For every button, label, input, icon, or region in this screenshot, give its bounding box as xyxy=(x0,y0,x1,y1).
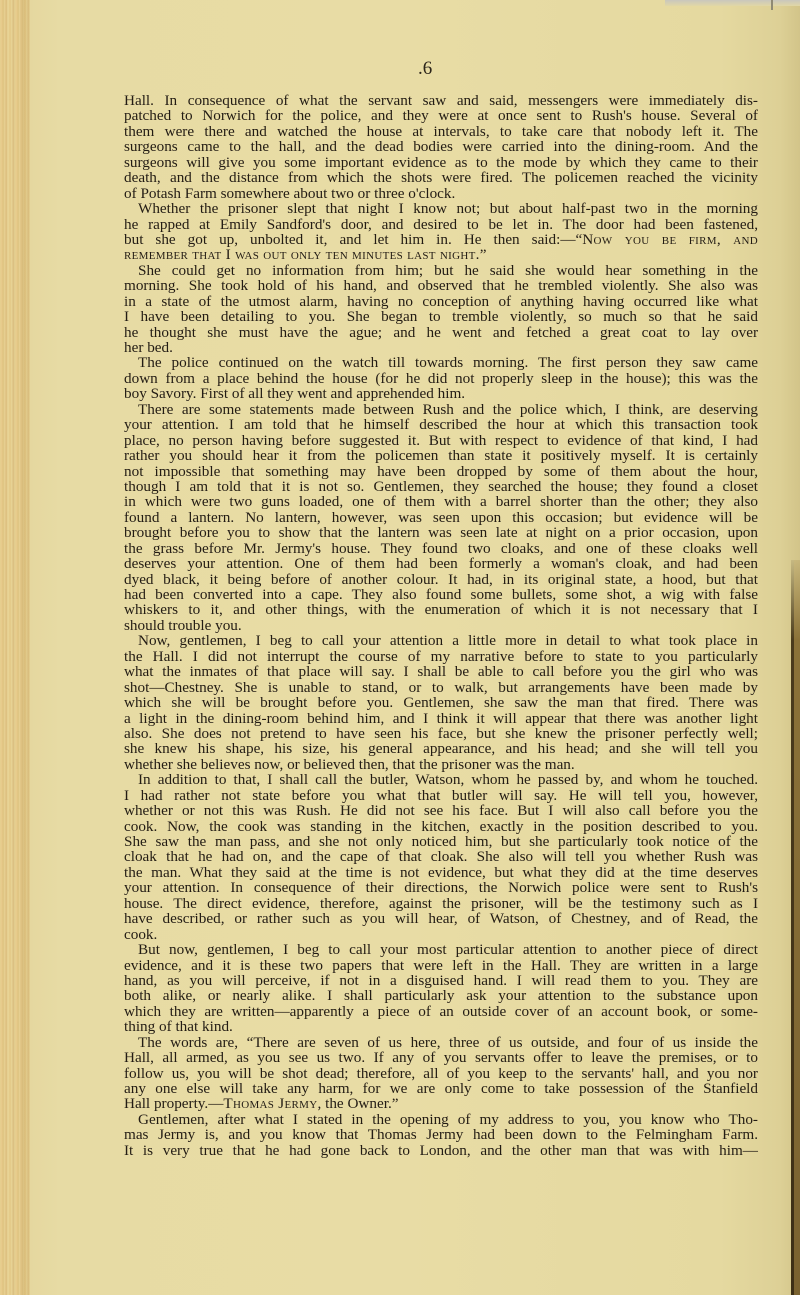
text-line: she knew his shape, his size, his genera… xyxy=(124,741,758,756)
text-line: patched to Norwich for the police, and t… xyxy=(124,108,758,123)
text-line: I had rather not state before you what t… xyxy=(124,788,758,803)
text-line: her bed. xyxy=(124,340,758,355)
text-line: have described, or rather such as you wi… xyxy=(124,911,758,926)
text-line: rather you should hear it from the polic… xyxy=(124,448,758,463)
text-line: your attention. In consequence of their … xyxy=(124,880,758,895)
text-line: them were there and watched the house at… xyxy=(124,124,758,139)
text-line: what the inmates of that place will say.… xyxy=(124,664,758,679)
text-line: though I am told that it is not so. Gent… xyxy=(124,479,758,494)
text-line: whether or not this was Rush. He did not… xyxy=(124,803,758,818)
text-line: he thought she must have the ague; and h… xyxy=(124,325,758,340)
text-line: shot—Chestney. She is unable to stand, o… xyxy=(124,680,758,695)
text-line: Hall. In consequence of what the servant… xyxy=(124,93,758,108)
text-line: whether she believes now, or believed th… xyxy=(124,757,758,772)
text-line: house. The direct evidence, therefore, a… xyxy=(124,896,758,911)
text-line: thing of that kind. xyxy=(124,1019,758,1034)
text-line: She saw the man pass, and she not only n… xyxy=(124,834,758,849)
text-line: Hall, all armed, as you see us two. If a… xyxy=(124,1050,758,1065)
text-line: also. She does not pretend to have seen … xyxy=(124,726,758,741)
text-line: evidence, and it is these two papers tha… xyxy=(124,958,758,973)
text-line: Now, gentlemen, I beg to call your atten… xyxy=(124,633,758,648)
text-line: cloak that he had on, and the cape of th… xyxy=(124,849,758,864)
scanned-page: .6 Hall. In consequence of what the serv… xyxy=(0,0,800,1295)
text-line: but she got up, unbolted it, and let him… xyxy=(124,232,758,247)
text-line: The police continued on the watch till t… xyxy=(124,355,758,370)
text-line: place, no person having before suggested… xyxy=(124,433,758,448)
top-page-edge xyxy=(665,0,800,6)
text-line: brought before you to show that the lant… xyxy=(124,525,758,540)
text-line: in which were two guns loaded, one of th… xyxy=(124,494,758,509)
text-line: dyed black, it being before of another c… xyxy=(124,572,758,587)
text-line: which she will be brought before you. Ge… xyxy=(124,695,758,710)
top-edge-mark xyxy=(771,0,773,10)
text-line: boy Savory. First of all they went and a… xyxy=(124,386,758,401)
text-line: It is very true that he had gone back to… xyxy=(124,1143,758,1158)
text-line: surgeons came to the hall, and the dead … xyxy=(124,139,758,154)
binding-shadow xyxy=(22,0,30,1295)
text-line: But now, gentlemen, I beg to call your m… xyxy=(124,942,758,957)
text-line: the Hall. I did not interrupt the course… xyxy=(124,649,758,664)
text-line: Hall property.—Thomas Jermy, the Owner.” xyxy=(124,1096,758,1111)
text-line: Whether the prisoner slept that night I … xyxy=(124,201,758,216)
text-line: any one else will take any harm, for we … xyxy=(124,1081,758,1096)
text-line: in a state of the utmost alarm, having n… xyxy=(124,294,758,309)
text-line: found a lantern. No lantern, however, wa… xyxy=(124,510,758,525)
body-text: Hall. In consequence of what the servant… xyxy=(124,93,758,1158)
text-line: follow us, you will be shot dead; theref… xyxy=(124,1066,758,1081)
text-line: I have been detailing to you. She began … xyxy=(124,309,758,324)
text-line: death, and the distance from which the s… xyxy=(124,170,758,185)
text-line: a light in the dining-room behind him, a… xyxy=(124,711,758,726)
text-line: The words are, “There are seven of us he… xyxy=(124,1035,758,1050)
text-line: Gentlemen, after what I stated in the op… xyxy=(124,1112,758,1127)
text-line: should trouble you. xyxy=(124,618,758,633)
text-line: the grass before Mr. Jermy's house. They… xyxy=(124,541,758,556)
text-line: your attention. I am told that he himsel… xyxy=(124,417,758,432)
text-line: had been converted into a cape. They als… xyxy=(124,587,758,602)
text-line: mas Jermy is, and you know that Thomas J… xyxy=(124,1127,758,1142)
text-line: cook. Now, the cook was standing in the … xyxy=(124,819,758,834)
text-line: cook. xyxy=(124,927,758,942)
text-line: which they are written—apparently a piec… xyxy=(124,1004,758,1019)
text-line: both alike, or nearly alike. I shall par… xyxy=(124,988,758,1003)
text-line: morning. She took hold of his hand, and … xyxy=(124,278,758,293)
right-book-edge xyxy=(794,560,800,1295)
text-line: down from a place behind the house (for … xyxy=(124,371,758,386)
text-line: There are some statements made between R… xyxy=(124,402,758,417)
text-line: he rapped at Emily Sandford's door, and … xyxy=(124,217,758,232)
text-line: surgeons will give you some important ev… xyxy=(124,155,758,170)
text-line: of Potash Farm somewhere about two or th… xyxy=(124,186,758,201)
text-line: whiskers to it, and other things, with t… xyxy=(124,602,758,617)
text-line: remember that I was out only ten minutes… xyxy=(124,247,758,262)
text-line: the man. What they said at the time is n… xyxy=(124,865,758,880)
text-line: hand, as you will perceive, if not in a … xyxy=(124,973,758,988)
text-line: deserves your attention. One of them had… xyxy=(124,556,758,571)
text-line: not impossible that something may have b… xyxy=(124,464,758,479)
text-line: In addition to that, I shall call the bu… xyxy=(124,772,758,787)
page-number: .6 xyxy=(418,58,432,80)
text-line: She could get no information from him; b… xyxy=(124,263,758,278)
